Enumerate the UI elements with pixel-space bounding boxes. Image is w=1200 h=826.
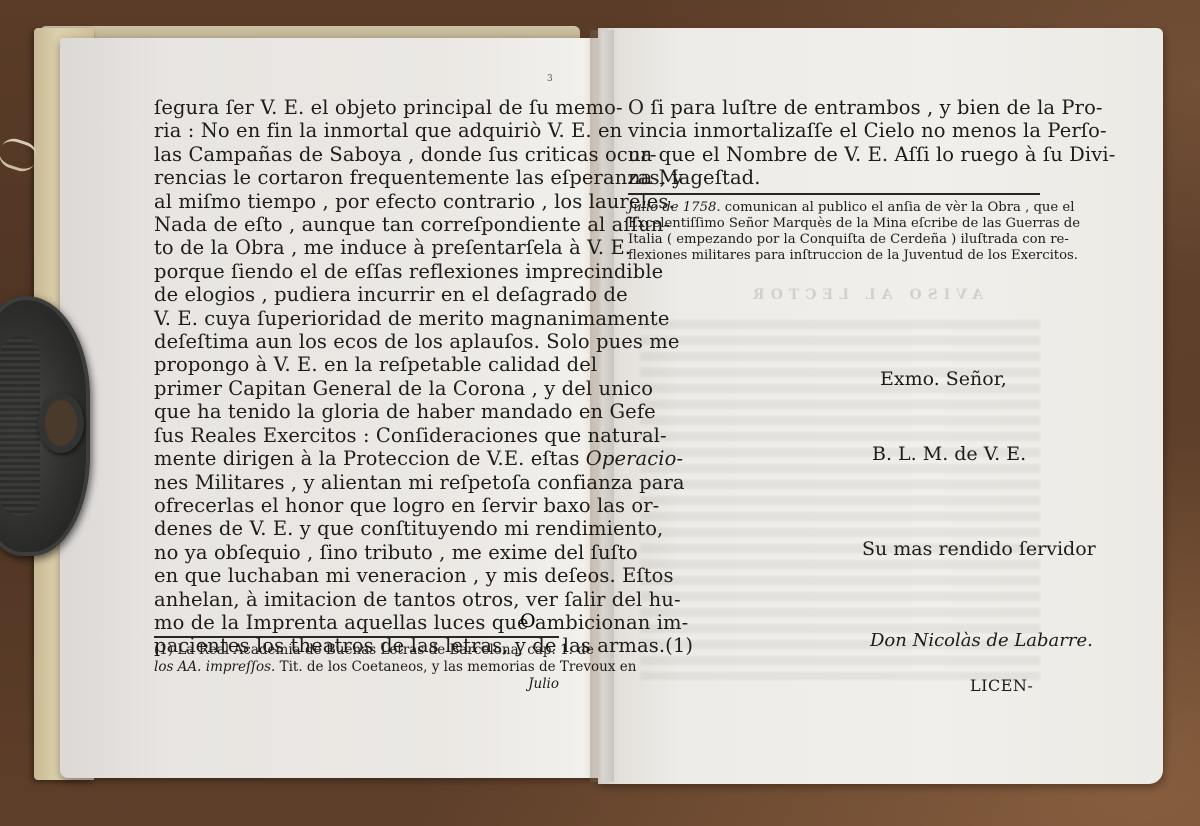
text-line: deſeſtima aun los ecos de los aplauſos. … xyxy=(154,330,559,353)
text-line: porque ſiendo el de eſſas reflexiones im… xyxy=(154,260,559,283)
right-page-body: O ſi para luſtre de entrambos , y bien d… xyxy=(628,96,1040,190)
left-page-body: ſegura ſer V. E. el objeto principal de … xyxy=(154,96,559,658)
text-line: na que el Nombre de V. E. Aſſi lo ruego … xyxy=(628,143,1040,166)
text-line: anhelan, à imitacion de tantos otros, ve… xyxy=(154,588,559,611)
text-line: no ya obſequio , ſino tributo , me exime… xyxy=(154,541,559,564)
signature: Don Nicolàs de Labarre. xyxy=(870,630,1093,651)
text-line: ſegura ſer V. E. el objeto principal de … xyxy=(154,96,559,119)
text-segment: mente dirigen à la Proteccion de V.E. eſ… xyxy=(154,447,586,470)
text-line: ofrecerlas el honor que logro en ſervir … xyxy=(154,494,559,517)
text-line: las Campañas de Saboya , donde ſus criti… xyxy=(154,143,559,166)
text-line: en que luchaban mi veneracion , y mis de… xyxy=(154,564,559,587)
text-line: na Mageſtad. xyxy=(628,166,1040,189)
text-line: to de la Obra , me induce à preſentarſel… xyxy=(154,236,559,259)
text-line: primer Capitan General de la Corona , y … xyxy=(154,377,559,400)
text-line: ria : No en fin la inmortal que adquiriò… xyxy=(154,119,559,142)
footnote-line-mixed: los AA. impreſſos. Tit. de los Coetaneos… xyxy=(154,659,559,676)
note-line: Italia ( empezando por la Conquiſta de C… xyxy=(628,232,1040,248)
text-line: al miſmo tiempo , por efecto contrario ,… xyxy=(154,190,559,213)
text-line: V. E. cuya ſuperioridad de merito magnan… xyxy=(154,307,559,330)
note-text: comunican al publico el anſia de vèr la … xyxy=(721,200,1075,215)
note-date: Julio de 1758. xyxy=(628,200,721,215)
left-catchword: O xyxy=(520,610,536,632)
text-line: mo de la Imprenta aquellas luces que amb… xyxy=(154,611,559,634)
blm-formula: B. L. M. de V. E. xyxy=(872,443,1026,465)
footnote-catchword: Julio xyxy=(154,676,559,693)
salutation: Exmo. Señor, xyxy=(880,368,1007,390)
text-line: rencias le cortaron frequentemente las e… xyxy=(154,166,559,189)
footnote-text: Tit. de los Coetaneos, y las memorias de… xyxy=(275,659,636,675)
note-line: flexiones militares para inſtruccion de … xyxy=(628,248,1040,264)
text-line: nes Militares , y alientan mi reſpetoſa … xyxy=(154,471,559,494)
show-through-heading: AVISO AL LECTOR xyxy=(735,287,995,303)
note-rule xyxy=(628,193,1040,195)
right-catchword: LICEN- xyxy=(970,676,1033,695)
footnote-line: (1) La Real Academia de Buenas Letras de… xyxy=(154,642,559,659)
note-line: Excelentiſſimo Señor Marquès de la Mina … xyxy=(628,216,1040,232)
clasp-ring-icon xyxy=(38,393,84,453)
text-line-mixed: mente dirigen à la Proteccion de V.E. eſ… xyxy=(154,447,559,470)
text-line: ſus Reales Exercitos : Conſideraciones q… xyxy=(154,424,559,447)
signature-mark: 3 xyxy=(547,74,553,84)
text-line: propongo à V. E. en la reſpetable calida… xyxy=(154,353,559,376)
right-footnote: Julio de 1758. comunican al publico el a… xyxy=(628,200,1040,264)
left-footnote: (1) La Real Academia de Buenas Letras de… xyxy=(154,642,559,693)
text-line: de elogios , pudiera incurrir en el deſa… xyxy=(154,283,559,306)
text-line: O ſi para luſtre de entrambos , y bien d… xyxy=(628,96,1040,119)
text-line: que ha tenido la gloria de haber mandado… xyxy=(154,400,559,423)
closing-line: Su mas rendido ſervidor xyxy=(862,538,1096,560)
note-line-mixed: Julio de 1758. comunican al publico el a… xyxy=(628,200,1040,216)
footnote-italic: los AA. impreſſos. xyxy=(154,659,275,675)
text-line: Nada de eſto , aunque tan correſpondient… xyxy=(154,213,559,236)
footnote-rule xyxy=(154,636,559,638)
text-line: denes de V. E. y que conſtituyendo mi re… xyxy=(154,517,559,540)
text-line: vincia inmortalizaſſe el Cielo no menos … xyxy=(628,119,1040,142)
